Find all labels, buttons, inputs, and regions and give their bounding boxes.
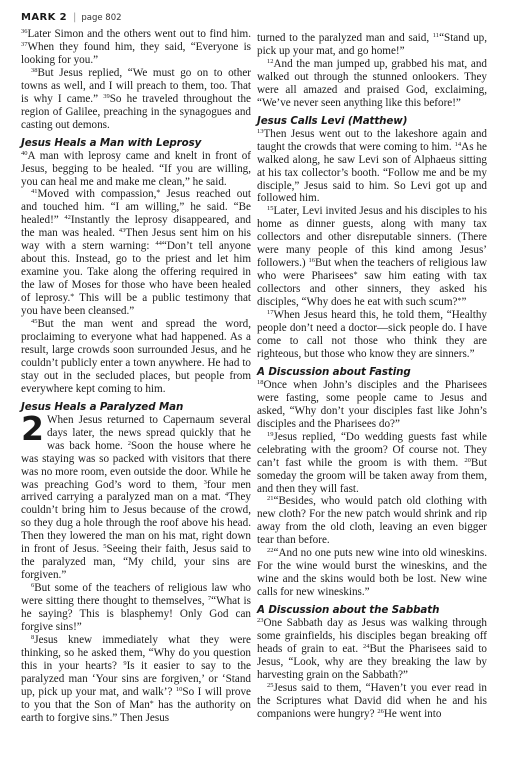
paragraph: 21“Besides, who would patch old clothing… <box>257 495 487 547</box>
verse-text: When they found him, they said, “Every­o… <box>21 41 251 66</box>
paragraph: 8Jesus knew immediately what they were t… <box>21 634 251 725</box>
paragraph: 38But Jesus replied, “We must go on to o… <box>21 67 251 132</box>
verse-text: A man with leprosy came and knelt in fro… <box>21 150 251 188</box>
paragraph: 22“And no one puts new wine into old win… <box>257 547 487 599</box>
paragraph: 17When Jesus heard this, he told them, “… <box>257 309 487 361</box>
verse-text: “Besides, who would patch old clothing w… <box>257 495 487 546</box>
verse-text: Once when John’s disciples and the Phari… <box>257 379 487 430</box>
section-heading: Jesus Heals a Paralyzed Man <box>21 401 251 414</box>
paragraph: turned to the paralyzed man and said, 11… <box>257 32 487 58</box>
paragraph: 45But the man went and spread the word, … <box>21 318 251 396</box>
paragraph: 23One Sabbath day as Jesus was walking t… <box>257 617 487 682</box>
section-heading: A Discussion about Fasting <box>257 366 487 379</box>
verse-text: And the man jumped up, grabbed his mat, … <box>257 58 487 109</box>
verse-text: turned to the paralyzed man and said, <box>257 32 433 44</box>
paragraph: 2When Jesus returned to Capernaum severa… <box>21 414 251 582</box>
running-head: MARK 2|page 802 <box>21 12 122 23</box>
paragraph: 13Then Jesus went out to the lakeshore a… <box>257 128 487 206</box>
paragraph: 40A man with leprosy came and knelt in f… <box>21 150 251 189</box>
header-separator: | <box>73 12 76 23</box>
verse-text: Moved with compassion, <box>38 188 157 200</box>
bible-page: MARK 2|page 802 36Later Simon and the ot… <box>0 0 512 770</box>
section-heading: Jesus Heals a Man with Leprosy <box>21 137 251 150</box>
verse-text: He went into <box>384 708 442 720</box>
right-column: turned to the paralyzed man and said, 11… <box>257 32 487 721</box>
verse-text: But the man went and spread the word, pr… <box>21 318 251 395</box>
chapter-number-dropcap: 2 <box>21 415 44 442</box>
verse-text: “And no one puts new wine into old wine­… <box>257 547 487 598</box>
verse-text: Jesus replied, “Do wedding guests fast w… <box>257 431 487 469</box>
verse-text: Jesus said to them, “Haven’t you ever re… <box>257 682 487 720</box>
paragraph: 18Once when John’s disciples and the Pha… <box>257 379 487 431</box>
paragraph: 6But some of the teachers of religious l… <box>21 582 251 634</box>
verse-text: Later Simon and the others went out to f… <box>28 28 252 40</box>
paragraph: 36Later Simon and the others went out to… <box>21 28 251 67</box>
paragraph: 12And the man jumped up, grabbed his mat… <box>257 58 487 110</box>
paragraph: 41Moved with compassion,* Jesus reached … <box>21 188 251 318</box>
paragraph: 15Later, Levi invited Jesus and his disc… <box>257 205 487 309</box>
verse-text: ” <box>461 296 466 308</box>
paragraph: 19Jesus replied, “Do wedding guests fast… <box>257 431 487 496</box>
left-column: 36Later Simon and the others went out to… <box>21 28 251 725</box>
verse-text: Then Jesus went out to the lakeshore aga… <box>257 128 487 153</box>
book-chapter-label: MARK 2 <box>21 12 67 23</box>
verse-text: When Jesus heard this, he told them, “He… <box>257 309 487 360</box>
section-heading: A Discussion about the Sabbath <box>257 604 487 617</box>
section-heading: Jesus Calls Levi (Matthew) <box>257 115 487 128</box>
paragraph: 25Jesus said to them, “Haven’t you ever … <box>257 682 487 721</box>
page-number: page 802 <box>81 13 121 23</box>
